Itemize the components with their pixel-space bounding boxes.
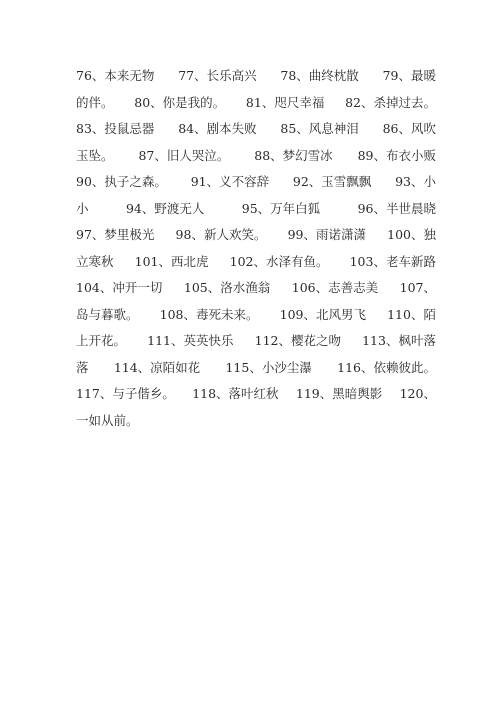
list-entry: 80、你是我的。	[134, 90, 225, 117]
list-entry: 86、风吹	[383, 116, 436, 143]
list-entry: 岛与暮歌。	[76, 302, 139, 329]
list-entry: 92、玉雪飘飘	[293, 169, 371, 196]
list-entry: 82、杀掉过去。	[345, 90, 436, 117]
list-entry: 109、北风男飞	[280, 302, 366, 329]
list-entry: 84、剧本失败	[178, 116, 256, 143]
list-entry: 93、小	[395, 169, 436, 196]
list-entry: 103、老车新路	[350, 249, 436, 276]
list-entry: 110、陌	[387, 302, 436, 329]
list-entry: 101、西北虎	[135, 249, 209, 276]
list-entry: 96、半世晨晓	[358, 196, 436, 223]
text-line: 岛与暮歌。 108、毒死未来。 109、北风男飞 110、陌	[76, 302, 436, 329]
list-entry: 107、	[400, 275, 436, 302]
list-entry: 98、新人欢笑。	[176, 222, 267, 249]
list-entry: 一如从前。	[76, 408, 139, 435]
list-entry: 上开花。	[76, 328, 126, 355]
list-entry: 118、落叶红秋	[192, 381, 278, 408]
list-entry: 119、黑暗舆影	[296, 381, 382, 408]
list-entry: 94、野渡无人	[126, 196, 204, 223]
text-line: 的伴。 80、你是我的。 81、咫尺幸福 82、杀掉过去。	[76, 90, 436, 117]
list-entry: 91、义不容辞	[191, 169, 269, 196]
list-entry: 87、旧人哭泣。	[138, 143, 229, 170]
text-line: 117、与子偕乡。 118、落叶红秋 119、黑暗舆影 120、	[76, 381, 436, 408]
list-entry: 116、依赖彼此。	[337, 355, 436, 382]
list-entry: 95、万年白狐	[242, 196, 320, 223]
list-entry: 88、梦幻雪冰	[254, 143, 332, 170]
list-entry: 117、与子偕乡。	[76, 381, 175, 408]
text-line: 97、梦里极光 98、新人欢笑。 99、雨诺潇潇 100、独	[76, 222, 436, 249]
text-line: 90、执子之森。 91、义不容辞 92、玉雪飘飘 93、小	[76, 169, 436, 196]
list-entry: 落	[76, 355, 89, 382]
list-entry: 76、本来无物	[76, 63, 154, 90]
list-entry: 120、	[400, 381, 436, 408]
list-entry: 115、小沙尘瀑	[225, 355, 311, 382]
list-entry: 的伴。	[76, 90, 114, 117]
list-entry: 83、投鼠忌器	[76, 116, 154, 143]
document-body: 76、本来无物 77、长乐高兴 78、曲终枕散 79、最暖 的伴。 80、你是我…	[76, 63, 436, 434]
text-line: 一如从前。	[76, 408, 436, 435]
list-entry: 102、水泽有鱼。	[230, 249, 329, 276]
list-entry: 79、最暖	[383, 63, 436, 90]
list-entry: 77、长乐高兴	[178, 63, 256, 90]
document-page: 76、本来无物 77、长乐高兴 78、曲终枕散 79、最暖 的伴。 80、你是我…	[0, 0, 500, 707]
list-entry: 小	[76, 196, 89, 223]
list-entry: 113、枫叶落	[362, 328, 436, 355]
list-entry: 78、曲终枕散	[280, 63, 358, 90]
list-entry: 85、风息神泪	[280, 116, 358, 143]
text-line: 上开花。 111、英英快乐 112、樱花之吻 113、枫叶落	[76, 328, 436, 355]
list-entry: 玉坠。	[76, 143, 114, 170]
list-entry: 立寒秋	[76, 249, 114, 276]
text-line: 立寒秋 101、西北虎 102、水泽有鱼。 103、老车新路	[76, 249, 436, 276]
list-entry: 81、咫尺幸福	[246, 90, 324, 117]
text-line: 小 94、野渡无人 95、万年白狐 96、半世晨晓	[76, 196, 436, 223]
list-entry: 97、梦里极光	[76, 222, 154, 249]
list-entry: 108、毒死未来。	[160, 302, 259, 329]
list-entry: 106、志善志美	[292, 275, 378, 302]
list-entry: 105、洛水渔翁	[184, 275, 270, 302]
list-entry: 111、英英快乐	[147, 328, 233, 355]
text-line: 83、投鼠忌器 84、剧本失败 85、风息神泪 86、风吹	[76, 116, 436, 143]
list-entry: 100、独	[387, 222, 436, 249]
text-line: 落 114、凉陌如花 115、小沙尘瀑 116、依赖彼此。	[76, 355, 436, 382]
list-entry: 112、樱花之吻	[255, 328, 341, 355]
list-entry: 114、凉陌如花	[114, 355, 200, 382]
text-line: 76、本来无物 77、长乐高兴 78、曲终枕散 79、最暖	[76, 63, 436, 90]
text-line: 104、冲开一切 105、洛水渔翁 106、志善志美 107、	[76, 275, 436, 302]
list-entry: 90、执子之森。	[76, 169, 167, 196]
list-entry: 99、雨诺潇潇	[288, 222, 366, 249]
list-entry: 89、布衣小贩	[358, 143, 436, 170]
text-line: 玉坠。 87、旧人哭泣。 88、梦幻雪冰 89、布衣小贩	[76, 143, 436, 170]
list-entry: 104、冲开一切	[76, 275, 162, 302]
